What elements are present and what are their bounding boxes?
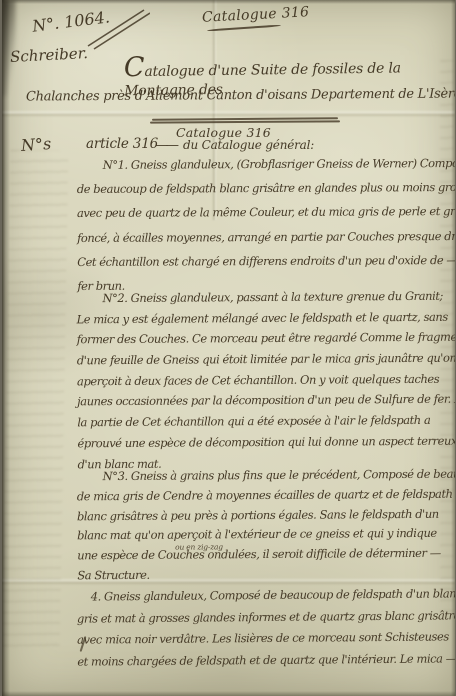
scan-edge-top: [2, 0, 455, 4]
entry-1-line: avec peu de quartz de la même Couleur, e…: [77, 199, 455, 225]
entry-1-line: N°1. Gneiss glanduleux, (Grobflasriger G…: [77, 151, 455, 177]
page-title-line-2: Chalanches près d'Allemont Canton d'oisa…: [26, 86, 455, 104]
scan-edge-left: [2, 0, 10, 696]
author-name: Schreiber.: [10, 44, 89, 66]
entry-1-line: foncé, à écailles moyennes, arrangé en p…: [77, 224, 455, 250]
entry-2-line: N°2. Gneiss glanduleux, passant à la tex…: [76, 286, 454, 309]
entry-3-line: blanc mat qu'on aperçoit à l'extérieur d…: [77, 524, 455, 546]
entry-4-line: 4. Gneiss glanduleux, Composé de beaucou…: [77, 583, 455, 608]
margin-number-label: N°s: [20, 134, 51, 155]
entry-4: 4. Gneiss glanduleux, Composé de beaucou…: [77, 583, 455, 672]
catalogue-header-underline: [207, 24, 281, 31]
entry-3-line: Sa Structure.: [77, 564, 455, 586]
fold-crease-horizontal: [2, 110, 455, 117]
catalogue-header: Catalogue 316: [202, 4, 310, 26]
entry-1-line: de beaucoup de feldspath blanc grisâtre …: [77, 175, 455, 201]
entry-2-line: d'une feuille de Gneiss qui étoit limité…: [77, 348, 455, 371]
scan-edge-bottom: [2, 691, 455, 696]
article-dash: ——: [155, 138, 177, 153]
entry-3: N°3. Gneiss à grains plus fins que le pr…: [77, 465, 455, 586]
entry-2-line: aperçoit à deux faces de Cet échantillon…: [77, 368, 455, 391]
entry-3-line: une espèce de Couches ondulées, il seroi…: [77, 544, 455, 566]
entry-2-line: éprouvé une espèce de décomposition qui …: [77, 430, 455, 453]
interline-annotation: ou en zig-zag: [175, 537, 223, 557]
entry-1-line: Cet échantillon est chargé en differens …: [77, 248, 455, 274]
catalogue-ref-bottom: du Catalogue général:: [183, 138, 314, 152]
ink-bleed-through: [2, 150, 68, 651]
corner-ink-blot: [2, 0, 16, 96]
entry-2-line: former des Couches. Ce morceau peut être…: [77, 327, 455, 350]
entry-2-line: jaunes occasionnées par la décomposition…: [77, 389, 455, 412]
entry-3-line: de mica gris de Cendre à moyennes écaill…: [77, 484, 455, 506]
entry-2: N°2. Gneiss glanduleux, passant à la tex…: [76, 286, 455, 475]
entry-4-line: avec mica noir verdâtre. Les lisières de…: [77, 626, 455, 651]
entry-4-line: et moins chargées de feldspath et de qua…: [77, 648, 455, 673]
manuscript-page: N°. 1064. Catalogue 316 Schreiber. Catal…: [2, 0, 455, 696]
entry-3-line: blanc grisâtres à peu près à portions ég…: [77, 504, 455, 526]
entry-3-line: N°3. Gneiss à grains plus fins que le pr…: [77, 465, 455, 487]
entry-2-line: Le mica y est également mélangé avec le …: [76, 306, 454, 329]
article-number: article 316: [86, 136, 158, 152]
entry-1: N°1. Gneiss glanduleux, (Grobflasriger G…: [77, 151, 455, 298]
scan-edge-right: [451, 0, 455, 696]
entry-3-line-text: une espèce de Couches ondulées, il seroi…: [77, 546, 441, 563]
double-slash-mark: [86, 6, 150, 50]
header-rule: [150, 120, 340, 123]
entry-2-line: la partie de Cet échantillon qui a été e…: [77, 410, 455, 433]
